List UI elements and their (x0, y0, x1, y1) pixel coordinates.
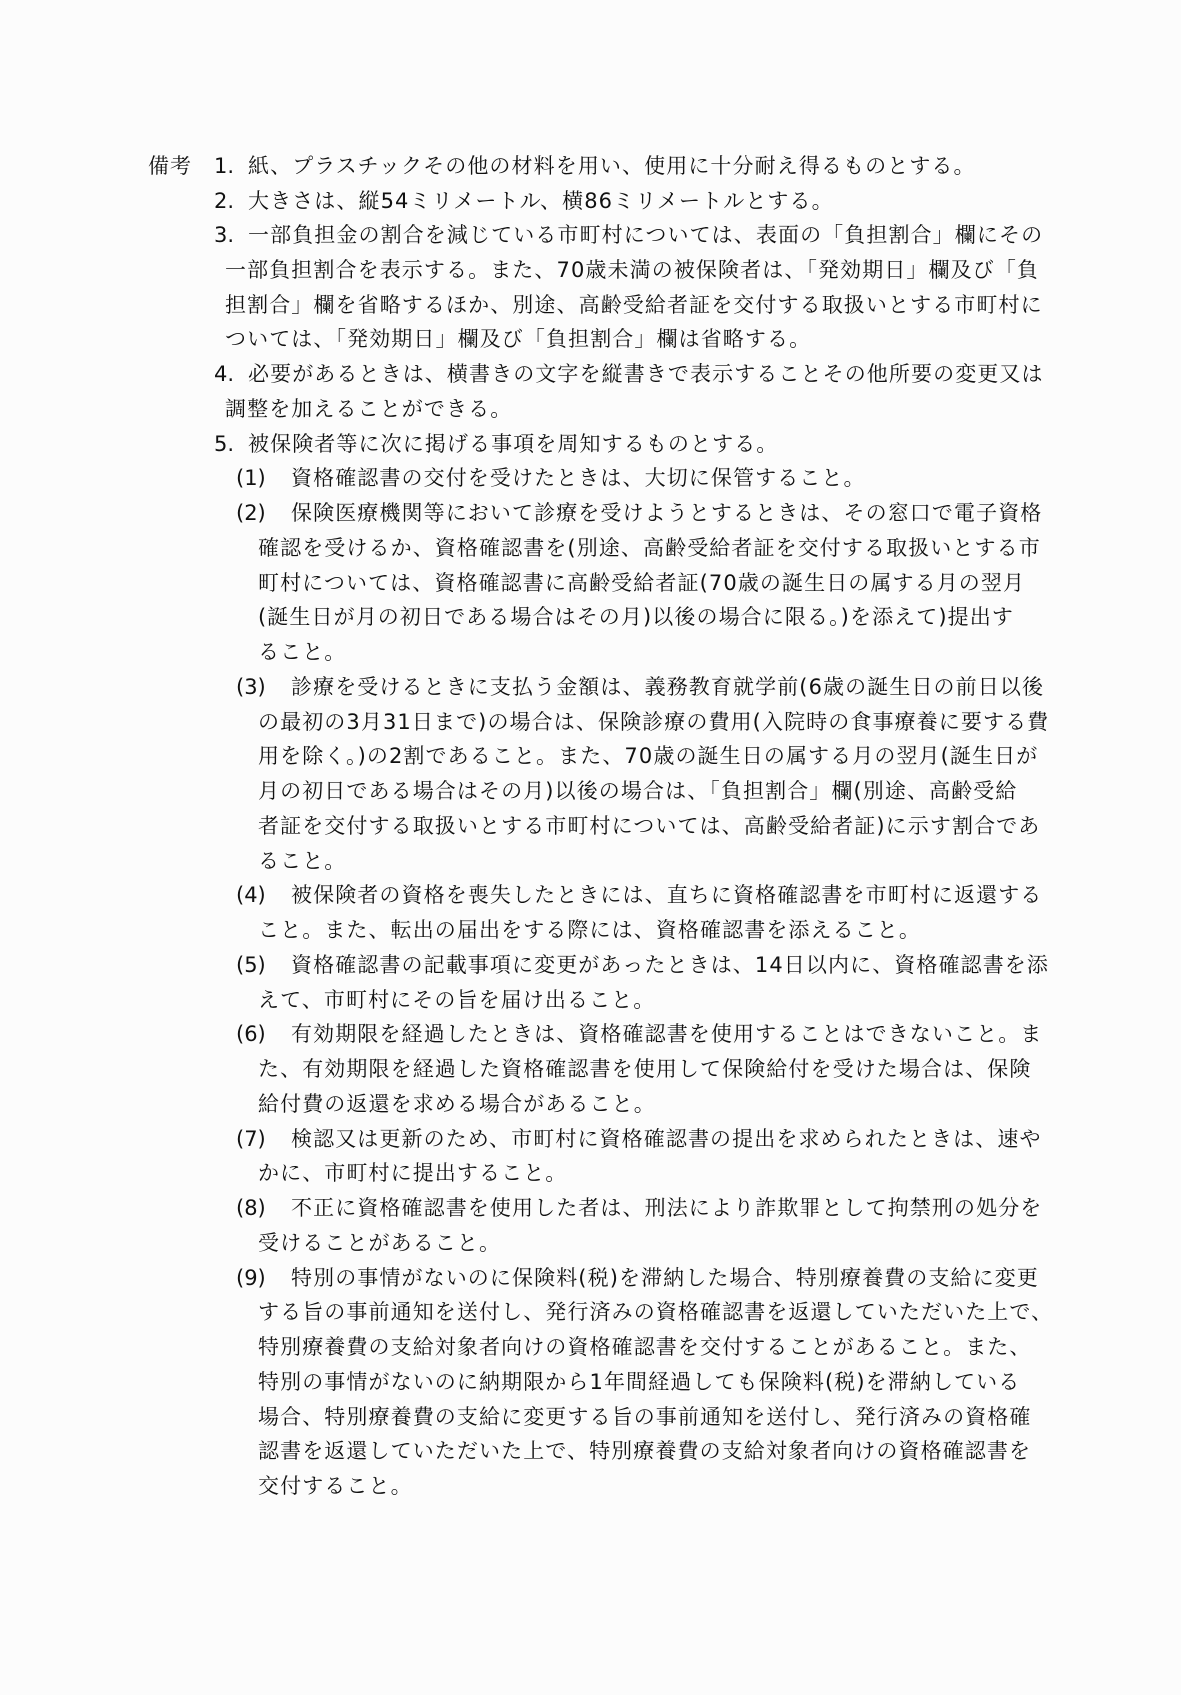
subitem-number: (5) (236, 948, 266, 982)
subitem-text: 有効期限を経過したときは、資格確認書を使用することはできないこと。ま (291, 1017, 1042, 1051)
subitem-number: (7) (236, 1122, 266, 1156)
subitem-text: かに、市町村に提出すること。 (258, 1156, 567, 1190)
subitem-number: (3) (236, 670, 266, 704)
subitem-text: 検認又は更新のため、市町村に資格確認書の提出を求められたときは、速や (291, 1122, 1042, 1156)
item-number: 1. (214, 149, 234, 183)
item-text: 一部負担金の割合を減じている市町村については、表面の「負担割合」欄にその (248, 218, 1043, 252)
subitem-text: えて、市町村にその旨を届け出ること。 (258, 983, 655, 1017)
item-text: 大きさは、縦54ミリメートル、横86ミリメートルとする。 (248, 184, 834, 218)
remarks-label: 備考 (148, 149, 192, 183)
item-text: 必要があるときは、横書きの文字を縦書きで表示することその他所要の変更又は (248, 357, 1044, 391)
subitem-number: (9) (236, 1261, 266, 1295)
item-number: 5. (214, 427, 234, 461)
subitem-text: 町村については、資格確認書に高齢受給者証(70歳の誕生日の属する月の翌月 (258, 566, 1025, 600)
subitem-text: 受けることがあること。 (258, 1226, 501, 1260)
subitem-text: 認書を返還していただいた上で、特別療養費の支給対象者向けの資格確認書を (258, 1434, 1031, 1468)
subitem-text: 確認を受けるか、資格確認書を(別途、高齢受給者証を交付する取扱いとする市 (258, 531, 1041, 565)
subitem-number: (8) (236, 1191, 266, 1225)
subitem-number: (1) (236, 461, 266, 495)
subitem-text: 者証を交付する取扱いとする市町村については、高齢受給者証)に示す割合であ (258, 809, 1040, 843)
subitem-text: 用を除く。)の2割であること。また、70歳の誕生日の属する月の翌月(誕生日が (258, 739, 1038, 773)
item-text: 調整を加えることができる。 (225, 392, 512, 426)
subitem-text: こと。また、転出の届出をする際には、資格確認書を添えること。 (258, 913, 921, 947)
item-text: 被保険者等に次に掲げる事項を周知するものとする。 (248, 427, 778, 461)
item-number: 4. (214, 357, 234, 391)
item-text: 一部負担割合を表示する。また、70歳未満の被保険者は、「発効期日」欄及び「負 (225, 253, 1039, 287)
subitem-text: 特別の事情がないのに保険料(税)を滞納した場合、特別療養費の支給に変更 (291, 1261, 1039, 1295)
item-number: 3. (214, 218, 234, 252)
subitem-text: の最初の3月31日まで)の場合は、保険診療の費用(入院時の食事療養に要する費 (258, 705, 1049, 739)
subitem-text: ること。 (258, 635, 346, 669)
subitem-text: 給付費の返還を求める場合があること。 (258, 1087, 656, 1121)
item-text: ついては、「発効期日」欄及び「負担割合」欄は省略する。 (225, 322, 811, 356)
subitem-text: 特別の事情がないのに納期限から1年間経過しても保険料(税)を滞納している (258, 1365, 1020, 1399)
subitem-text: 場合、特別療養費の支給に変更する旨の事前通知を送付し、発行済みの資格確 (258, 1400, 1032, 1434)
document-page: 備考 1. 紙、プラスチックその他の材料を用い、使用に十分耐え得るものとする。 … (0, 0, 1181, 1695)
subitem-text: 特別療養費の支給対象者向けの資格確認書を交付することがあること。また、 (258, 1330, 1032, 1364)
subitem-text: た、有効期限を経過した資格確認書を使用して保険給付を受けた場合は、保険 (258, 1052, 1032, 1086)
subitem-text: (誕生日が月の初日である場合はその月)以後の場合に限る。)を添えて)提出す (258, 600, 1014, 634)
subitem-text: ること。 (258, 844, 346, 878)
item-number: 2. (214, 184, 234, 218)
subitem-text: 保険医療機関等において診療を受けようとするときは、その窓口で電子資格 (291, 496, 1042, 530)
subitem-text: する旨の事前通知を送付し、発行済みの資格確認書を返還していただいた上で、 (258, 1295, 1053, 1329)
subitem-text: 被保険者の資格を喪失したときには、直ちに資格確認書を市町村に返還する (291, 878, 1042, 912)
subitem-text: 月の初日である場合はその月)以後の場合は、「負担割合」欄(別途、高齢受給 (258, 774, 1017, 808)
subitem-number: (4) (236, 878, 266, 912)
item-text: 紙、プラスチックその他の材料を用い、使用に十分耐え得るものとする。 (248, 149, 976, 183)
subitem-text: 資格確認書の交付を受けたときは、大切に保管すること。 (291, 461, 866, 495)
subitem-number: (6) (236, 1017, 266, 1051)
subitem-text: 診療を受けるときに支払う金額は、義務教育就学前(6歳の誕生日の前日以後 (291, 670, 1044, 704)
subitem-number: (2) (236, 496, 266, 530)
subitem-text: 資格確認書の記載事項に変更があったときは、14日以内に、資格確認書を添 (291, 948, 1049, 982)
subitem-text: 不正に資格確認書を使用した者は、刑法により詐欺罪として拘禁刑の処分を (291, 1191, 1042, 1225)
subitem-text: 交付すること。 (258, 1469, 413, 1503)
item-text: 担割合」欄を省略するほか、別途、高齢受給者証を交付する取扱いとする市町村に (225, 288, 1043, 322)
